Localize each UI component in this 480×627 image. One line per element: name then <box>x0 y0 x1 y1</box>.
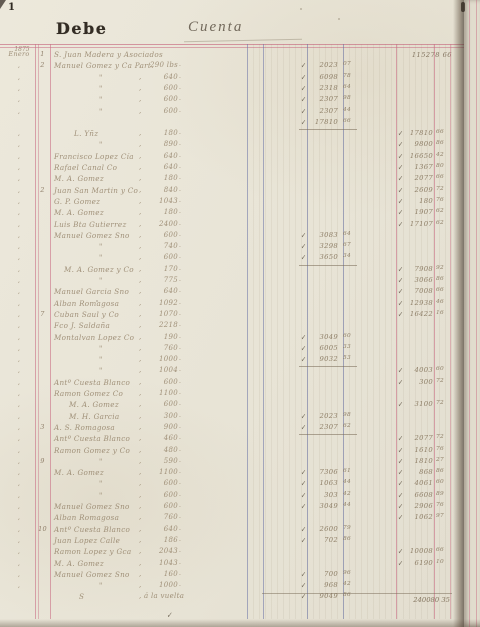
account-name: M. A. Gomez y Co <box>64 265 134 274</box>
tick-icon: ✓ <box>398 547 404 557</box>
tick-icon: ✓ <box>398 208 404 218</box>
quantity-dot: . <box>179 389 181 396</box>
quantity-dot: . <box>179 333 181 340</box>
quantity-dot: . <box>179 276 181 283</box>
quantity-dot: . <box>179 220 181 227</box>
quantity-dot: . <box>179 547 181 554</box>
amount-col2-cents: 76 <box>436 197 444 203</box>
name-separator: , <box>139 152 142 160</box>
date-cell: , <box>8 502 30 510</box>
amount-col2-cents: 72 <box>436 434 444 440</box>
amount-col1: 2307 <box>308 107 338 115</box>
quantity-dot: . <box>179 95 181 102</box>
amount-col1: 2600 <box>308 525 338 533</box>
account-name: A. S. Romagosa <box>54 423 115 432</box>
paper-speck <box>96 300 98 302</box>
quantity: 900 <box>144 423 178 431</box>
date-cell: , <box>8 140 30 148</box>
amount-col2: 4003 <box>405 366 433 374</box>
amount-col2-cents: 66 <box>436 129 444 135</box>
name-separator: , <box>139 95 142 103</box>
tick-icon: ✓ <box>301 72 307 82</box>
amount-col2: 1610 <box>405 446 433 454</box>
ledger-row: , " , 760 . ✓ 6005 33 <box>0 344 480 355</box>
paper-speck <box>338 18 340 20</box>
amount-col2-cents: 72 <box>436 186 444 192</box>
ledger-row: , " , 600 . ✓ 303 42 ✓ 6608 89 <box>0 491 480 502</box>
account-name: Fco J. Saldaña <box>54 321 110 330</box>
account-name: Manuel Gomez Sno <box>54 502 130 511</box>
amount-col2: 2906 <box>405 502 433 510</box>
ledger-row: , " , 600 . ✓ 2307 44 <box>0 107 480 118</box>
amount-col2: 10008 <box>405 547 433 555</box>
entry-number: 2 <box>37 186 48 194</box>
account-name: " <box>99 355 103 364</box>
date-cell: , <box>8 570 30 578</box>
account-name: M. A. Gomez <box>54 559 104 568</box>
quantity: 1043 <box>144 197 178 205</box>
account-name: M. A. Gomez <box>54 468 104 477</box>
quantity: 600 <box>144 378 178 386</box>
name-separator: , <box>139 355 142 363</box>
ledger-row: , Montalvan Lopez Co , 190 . ✓ 3049 60 <box>0 333 480 344</box>
amount-col1: 2307 <box>308 95 338 103</box>
amount-col2: 3066 <box>405 276 433 284</box>
date-cell: , <box>8 366 30 374</box>
amount-col1: 702 <box>308 536 338 544</box>
quantity: 160 <box>144 570 178 578</box>
quantity-dot: . <box>179 129 181 136</box>
ledger-row: , M. A. Gomez y Co , 170 . ✓ 7908 92 <box>0 265 480 276</box>
amount-col2-cents: 60 <box>436 479 444 485</box>
ledger-row: , Manuel Gomez Sno , 600 . ✓ 3049 44 ✓ 2… <box>0 502 480 513</box>
name-separator: , <box>139 423 142 431</box>
bottom-edge-shadow <box>0 619 480 627</box>
name-separator: , <box>139 220 142 228</box>
ledger-row: , M. A. Gomez , 180 . ✓ 2077 66 <box>0 174 480 185</box>
name-separator: , <box>139 389 142 397</box>
tick-icon: ✓ <box>398 558 404 568</box>
tick-icon: ✓ <box>301 95 307 105</box>
date-cell: , <box>8 378 30 386</box>
name-separator: , <box>139 186 142 194</box>
amount-col1: 9032 <box>308 355 338 363</box>
account-name: " <box>99 491 103 500</box>
tick-icon: ✓ <box>398 468 404 478</box>
tick-icon: ✓ <box>301 524 307 534</box>
amount-col2: 2077 <box>405 434 433 442</box>
ledger-row: ✓ 17810 66 <box>0 118 480 129</box>
tick-icon: ✓ <box>301 536 307 546</box>
quantity: 2218 <box>144 321 178 329</box>
name-separator: , <box>139 592 142 600</box>
tick-icon: ✓ <box>301 468 307 478</box>
tick-icon: ✓ <box>398 219 404 229</box>
amount-col2: 12938 <box>405 299 433 307</box>
account-name: S. Juan Madera y Asociados <box>54 50 163 59</box>
tick-icon: ✓ <box>301 411 307 421</box>
tick-icon: ✓ <box>398 502 404 512</box>
date-cell: , <box>8 321 30 329</box>
paper-speck <box>300 8 302 10</box>
ledger-row: , " , 600 . ✓ 2318 64 <box>0 84 480 95</box>
amount-col1-cents: 34 <box>343 253 351 259</box>
quantity-dot: . <box>179 321 181 328</box>
quantity: 180 <box>144 129 178 137</box>
name-separator: , <box>139 479 142 487</box>
account-name: Alban Romagosa <box>54 513 119 522</box>
ledger-row: , Alban Romagosa , 760 . ✓ 1062 97 <box>0 513 480 524</box>
amount-col1-cents: 79 <box>343 525 351 531</box>
quantity: 300 <box>144 412 178 420</box>
amount-col1-cents: 86 <box>343 536 351 542</box>
entry-number: 2 <box>37 61 48 69</box>
name-separator: , <box>139 321 142 329</box>
name-separator: , <box>139 265 142 273</box>
account-name: Francisco Lopez Cía <box>54 152 134 161</box>
amount-col2: 6190 <box>405 559 433 567</box>
name-separator: , <box>139 253 142 261</box>
tick-icon: ✓ <box>301 355 307 365</box>
quantity: 760 <box>144 344 178 352</box>
date-cell: , <box>8 513 30 521</box>
account-name: L. Yñz <box>74 129 98 138</box>
quantity: 1070 <box>144 310 178 318</box>
quantity-dot: . <box>179 559 181 566</box>
date-cell: , <box>8 220 30 228</box>
amount-col1-cents: 96 <box>343 570 351 576</box>
quantity-dot: . <box>179 299 181 306</box>
tick-icon: ✓ <box>398 456 404 466</box>
ledger-row: , " , 740 . ✓ 3298 67 <box>0 242 480 253</box>
entry-number: 7 <box>37 310 48 318</box>
date-cell: , <box>8 253 30 261</box>
amount-col2-cents: 60 <box>436 366 444 372</box>
date-cell: , <box>8 242 30 250</box>
amount-col1: 3049 <box>308 333 338 341</box>
amount-col1: 3049 <box>308 502 338 510</box>
date-cell: , <box>8 412 30 420</box>
tick-icon: ✓ <box>301 106 307 116</box>
quantity: 180 <box>144 208 178 216</box>
quantity: 600 <box>144 491 178 499</box>
date-cell: , <box>8 559 30 567</box>
quantity-dot: . <box>179 468 181 475</box>
amount-col2: 1367 <box>405 163 433 171</box>
amount-col1: 17810 <box>308 118 338 126</box>
amount-col2: 17810 <box>405 129 433 137</box>
name-separator: , <box>139 581 142 589</box>
amount-col1: 1063 <box>308 479 338 487</box>
amount-col1-cents: 42 <box>343 491 351 497</box>
quantity-dot: . <box>179 479 181 486</box>
amount-col1: 303 <box>308 491 338 499</box>
account-name: M. H. Garcia <box>69 412 119 421</box>
amount-col2-cents: 66 <box>436 547 444 553</box>
amount-col1: 6005 <box>308 344 338 352</box>
ledger-row: , Fco J. Saldaña , 2218 . <box>0 321 480 332</box>
tick-icon: ✓ <box>301 332 307 342</box>
amount-col2-cents: 86 <box>436 468 444 474</box>
rows-container: Enero 1 S. Juan Madera y Asociados , 2 M… <box>0 0 480 627</box>
tick-icon: ✓ <box>398 276 404 286</box>
tick-icon: ✓ <box>398 513 404 523</box>
account-name: Antº Cuesta Blanco <box>54 434 130 443</box>
amount-col2-cents: 89 <box>436 491 444 497</box>
account-name: " <box>99 479 103 488</box>
amount-col2: 868 <box>405 468 433 476</box>
amount-col1-cents: 67 <box>343 242 351 248</box>
quantity: 600 <box>144 107 178 115</box>
quantity: 640 <box>144 163 178 171</box>
date-cell: , <box>8 434 30 442</box>
name-separator: , <box>139 400 142 408</box>
date-cell: Enero <box>8 50 30 58</box>
date-cell: , <box>8 446 30 454</box>
quantity: 840 <box>144 186 178 194</box>
quantity: 640 <box>144 287 178 295</box>
amount-col1-cents: 98 <box>343 412 351 418</box>
name-separator: , <box>139 129 142 137</box>
date-cell: , <box>8 197 30 205</box>
quantity: 890 <box>144 140 178 148</box>
tick-icon: ✓ <box>398 197 404 207</box>
account-name: Montalvan Lopez Co <box>54 333 134 342</box>
quantity-dot: . <box>179 242 181 249</box>
quantity: 600 <box>144 95 178 103</box>
date-cell: , <box>8 73 30 81</box>
amount-col2: 16422 <box>405 310 433 318</box>
amount-col2: 7008 <box>405 287 433 295</box>
quantity-dot: . <box>179 208 181 215</box>
tick-icon: ✓ <box>398 434 404 444</box>
date-cell: , <box>8 479 30 487</box>
ledger-row: , 2 Juan San Martin y Co , 840 . ✓ 2609 … <box>0 186 480 197</box>
quantity-dot: . <box>179 140 181 147</box>
amount-col1-cents: 64 <box>343 84 351 90</box>
ledger-row: , " , 600 . ✓ 1063 44 ✓ 4061 60 <box>0 479 480 490</box>
name-separator: , <box>139 513 142 521</box>
quantity-dot: . <box>179 107 181 114</box>
entry-number: 9 <box>37 457 48 465</box>
quantity-dot: . <box>179 502 181 509</box>
name-separator: , <box>139 570 142 578</box>
amount-col2-cents: 86 <box>436 276 444 282</box>
ledger-row: , M. A. Gomez , 1100 . ✓ 7306 61 ✓ 868 8… <box>0 468 480 479</box>
tick-icon: ✓ <box>398 445 404 455</box>
quantity: 640 <box>144 525 178 533</box>
quantity-dot: . <box>179 174 181 181</box>
quantity: 460 <box>144 434 178 442</box>
amount-col1: 3650 <box>308 253 338 261</box>
tick-icon: ✓ <box>301 242 307 252</box>
ledger-row: , " , 775 . ✓ 3066 86 <box>0 276 480 287</box>
name-separator: , <box>139 140 142 148</box>
ledger-row: , M. A. Gomez , 600 . ✓ 3100 72 <box>0 400 480 411</box>
date-cell: , <box>8 355 30 363</box>
amount-col2-cents: 27 <box>436 457 444 463</box>
date-cell: , <box>8 107 30 115</box>
ledger-row: , Francisco Lopez Cía , 640 . ✓ 16650 42 <box>0 152 480 163</box>
date-cell: , <box>8 61 30 69</box>
quantity-dot: . <box>179 231 181 238</box>
account-name: " <box>99 344 103 353</box>
account-name: Manuel Gomez Sno <box>54 570 130 579</box>
ledger-row: Enero 1 S. Juan Madera y Asociados <box>0 50 480 61</box>
name-separator: , <box>139 366 142 374</box>
amount-col1: 968 <box>308 581 338 589</box>
date-cell: , <box>8 84 30 92</box>
next-page-sliver <box>464 0 480 627</box>
amount-col2: 1907 <box>405 208 433 216</box>
amount-col2: 3100 <box>405 400 433 408</box>
tick-icon: ✓ <box>398 310 404 320</box>
name-separator: , <box>139 163 142 171</box>
tick-icon: ✓ <box>398 298 404 308</box>
tick-icon: ✓ <box>301 61 307 71</box>
account-name: M. A. Gomez <box>54 208 104 217</box>
amount-col2-cents: 10 <box>436 559 444 565</box>
tick-icon: ✓ <box>301 569 307 579</box>
quantity: 600 <box>144 400 178 408</box>
amount-col2: 7908 <box>405 265 433 273</box>
page-edge-shadow <box>453 0 464 627</box>
tick-icon: ✓ <box>301 343 307 353</box>
account-name: Manuel Garcia Sno <box>54 287 129 296</box>
name-separator: , <box>139 73 142 81</box>
vertical-rule-pink <box>469 0 470 627</box>
quantity-dot: . <box>179 491 181 498</box>
date-cell: , <box>8 536 30 544</box>
quantity: 600 <box>144 231 178 239</box>
ledger-row: , Alban Romagosa , 1092 . ✓ 12938 46 <box>0 299 480 310</box>
quantity-dot: . <box>179 592 181 599</box>
date-cell: , <box>8 95 30 103</box>
account-name: Antº Cuesta Blanco <box>54 378 130 387</box>
quantity-dot: . <box>179 378 181 385</box>
amount-col1-cents: 53 <box>343 355 351 361</box>
ledger-row: , Manuel Garcia Sno , 640 . ✓ 7008 66 <box>0 287 480 298</box>
ledger-row: , L. Yñz , 180 . ✓ 17810 66 <box>0 129 480 140</box>
quantity: 1100 <box>144 468 178 476</box>
quantity: 590 <box>144 457 178 465</box>
name-separator: , <box>139 525 142 533</box>
name-separator: , <box>139 310 142 318</box>
quantity: 1000 <box>144 355 178 363</box>
amount-col2: 6608 <box>405 491 433 499</box>
name-separator: , <box>139 333 142 341</box>
date-cell: , <box>8 389 30 397</box>
ledger-row: , " , 600 . ✓ 3650 34 <box>0 253 480 264</box>
quantity: 1043 <box>144 559 178 567</box>
account-name: " <box>99 253 103 262</box>
quantity: 600 <box>144 502 178 510</box>
date-cell: , <box>8 174 30 182</box>
account-name: " <box>99 242 103 251</box>
name-separator: , <box>139 536 142 544</box>
amount-col2-cents: 76 <box>436 502 444 508</box>
account-name: " <box>99 276 103 285</box>
ledger-row: , " , 1004 . ✓ 4003 60 <box>0 366 480 377</box>
amount-col1: 2307 <box>308 423 338 431</box>
tick-icon: ✓ <box>398 174 404 184</box>
quantity-dot: . <box>179 446 181 453</box>
quantity: 600 <box>144 84 178 92</box>
date-cell: , <box>8 265 30 273</box>
tick-icon: ✓ <box>398 185 404 195</box>
quantity-dot: . <box>179 287 181 294</box>
amount-col2: 1062 <box>405 513 433 521</box>
account-name: S <box>79 592 84 601</box>
quantity: 740 <box>144 242 178 250</box>
date-cell: , <box>8 525 30 533</box>
quantity: á la vuelta <box>144 592 178 600</box>
account-name: Luis Bta Gutierrez <box>54 220 127 229</box>
name-separator: , <box>139 434 142 442</box>
amount-col1: 6098 <box>308 73 338 81</box>
quantity-dot: . <box>179 423 181 430</box>
quantity-dot: . <box>179 366 181 373</box>
amount-col2-cents: 86 <box>436 140 444 146</box>
ledger-row: , 3 A. S. Romagosa , 900 . ✓ 2307 62 <box>0 423 480 434</box>
quantity-dot: . <box>179 344 181 351</box>
quantity-dot: . <box>179 163 181 170</box>
account-name: " <box>99 366 103 375</box>
quantity: 1000 <box>144 581 178 589</box>
quantity: 190 <box>144 333 178 341</box>
amount-col1-cents: 62 <box>343 423 351 429</box>
ledger-row: , Ramon Lopez y Gca , 2043 . ✓ 10008 66 <box>0 547 480 558</box>
account-name: M. A. Gomez <box>54 174 104 183</box>
date-cell: , <box>8 186 30 194</box>
amount-col1-cents: 98 <box>343 95 351 101</box>
quantity-dot: . <box>179 457 181 464</box>
quantity: 2400 <box>144 220 178 228</box>
tick-icon: ✓ <box>301 117 307 127</box>
quantity-dot: . <box>179 152 181 159</box>
amount-col2: 1810 <box>405 457 433 465</box>
tick-icon: ✓ <box>301 479 307 489</box>
quantity-dot: . <box>179 197 181 204</box>
amount-col1: 700 <box>308 570 338 578</box>
tick-icon: ✓ <box>398 400 404 410</box>
date-cell: , <box>8 468 30 476</box>
account-name: " <box>99 457 103 466</box>
date-cell: , <box>8 581 30 589</box>
account-name: Ramon Gomez Co <box>54 389 123 398</box>
date-cell: , <box>8 457 30 465</box>
quantity: 1004 <box>144 366 178 374</box>
quantity: 180 <box>144 174 178 182</box>
amount-col1-cents: 78 <box>343 73 351 79</box>
name-separator: , <box>139 107 142 115</box>
amount-col2-cents: 80 <box>436 163 444 169</box>
date-cell: , <box>8 333 30 341</box>
ledger-row: , Ramon Gomez Co , 1100 . <box>0 389 480 400</box>
account-name: " <box>99 581 103 590</box>
account-name: " <box>99 140 103 149</box>
quantity: 640 <box>144 152 178 160</box>
account-name: " <box>99 95 103 104</box>
name-separator: , <box>139 502 142 510</box>
quantity-dot: . <box>179 513 181 520</box>
amount-col2: 17107 <box>405 220 433 228</box>
date-cell: , <box>8 299 30 307</box>
amount-col1: 7306 <box>308 468 338 476</box>
date-cell: , <box>8 400 30 408</box>
name-separator: , <box>139 547 142 555</box>
date-cell: , <box>8 287 30 295</box>
